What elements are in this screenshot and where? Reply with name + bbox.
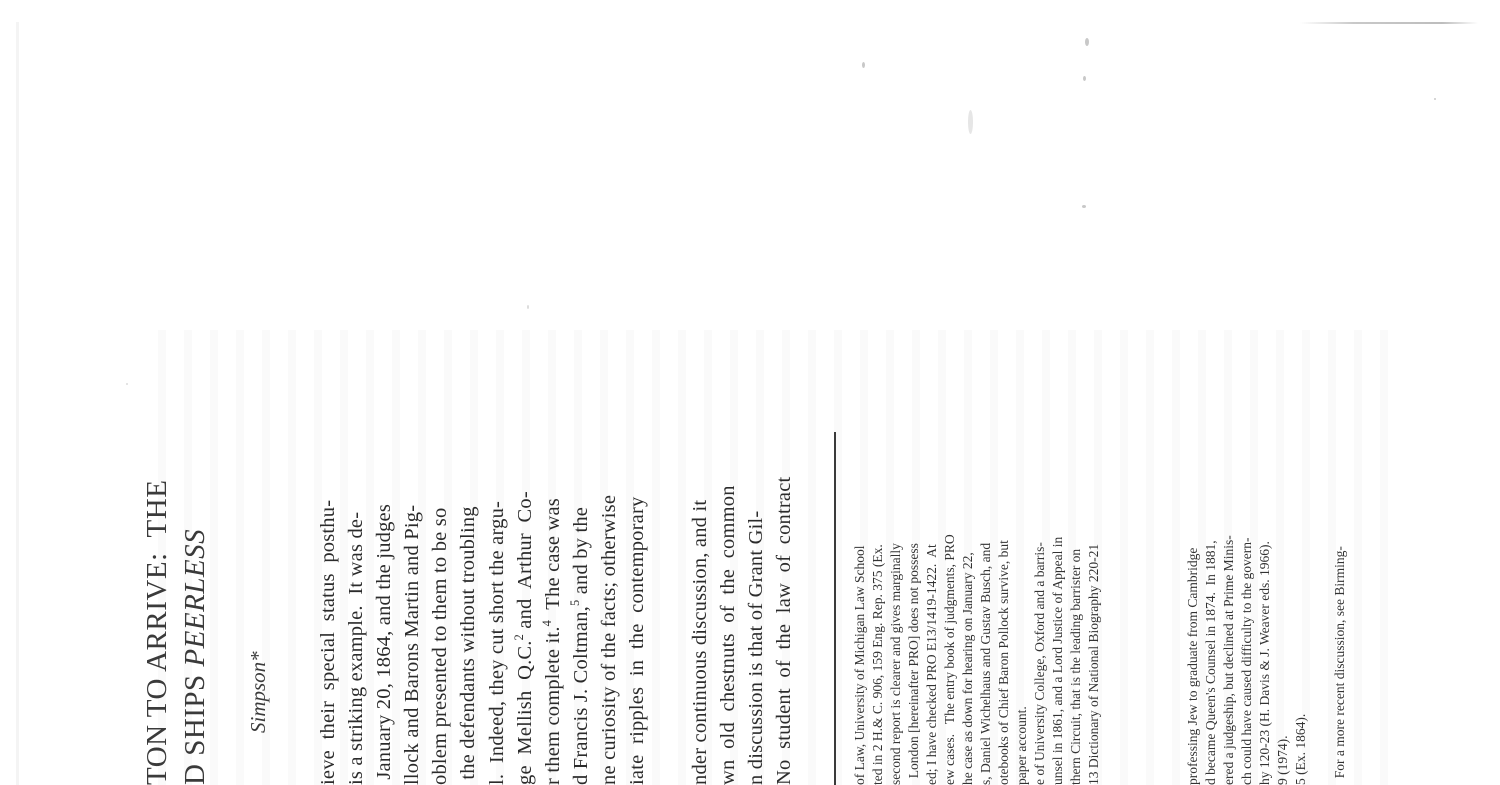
body-text: d Francis J. Coltman,: [570, 606, 592, 785]
scan-top-edge: [1300, 22, 1478, 24]
footnote-line: ew cases. The entry book of judgments, P…: [943, 534, 957, 785]
body-text: and by the: [570, 507, 592, 600]
footnote-line: otebooks of Chief Baron Pollock survive,…: [997, 540, 1011, 785]
footnote-line: London [hereinafter PRO] does not posses…: [907, 543, 921, 785]
body-line: is a striking example. It was de-: [346, 512, 367, 785]
footnote-line: hy 120-23 (H. Davis & J. Weaver eds. 196…: [1258, 541, 1272, 785]
scan-speck: [126, 383, 128, 385]
scan-speck: [862, 62, 865, 68]
footnote-line: second report is clearer and gives margi…: [889, 543, 903, 785]
scan-speck: [1083, 76, 1086, 81]
body-text: and Arthur Co-: [514, 491, 536, 634]
footnote-line: 9 (1974).: [1276, 736, 1290, 785]
article-title-line-2: D SHIPS PEERLESS: [181, 529, 210, 785]
body-line: oblem presented to them to be so: [430, 508, 451, 785]
body-text: r them complete it.: [542, 626, 564, 785]
footnote-ref-4[interactable]: 4: [540, 620, 554, 626]
footnote-line: 5 (Ex. 1864).: [1294, 714, 1308, 785]
scan-speck: [968, 110, 973, 134]
body-line: the defendants without troubling: [458, 506, 479, 785]
author-footnote-mark: *: [246, 651, 270, 662]
footnote-line: ered a judgeship, but declined at Prime …: [1222, 535, 1236, 785]
footnote-line: d became Queen's Counsel in 1874. In 188…: [1204, 540, 1218, 785]
scan-speck: [1434, 98, 1436, 100]
footnote-line: e of University College, Oxford and a ba…: [1033, 542, 1047, 785]
footnote-ref-2[interactable]: 2: [512, 634, 526, 640]
footnote-line: of Law, University of Michigan Law Schoo…: [853, 546, 867, 785]
body-text: ge Mellish Q.C.: [514, 640, 536, 785]
body-line: No student of the law of contract: [774, 477, 795, 785]
scan-speck: [527, 305, 529, 309]
author-name: Simpson*: [248, 651, 269, 733]
title-text: D SHIPS: [179, 667, 211, 785]
footnote-line: s, Daniel Wichelhaus and Gustav Busch, a…: [979, 543, 993, 785]
body-line: llock and Barons Martin and Pig-: [402, 505, 423, 785]
body-line: ne curiosity of the facts; otherwise: [599, 495, 620, 785]
body-line: January 20, 1864, and the judges: [374, 504, 395, 785]
footnote-line: ted in 2 H.& C. 906, 159 Eng. Rep. 375 (…: [871, 544, 885, 785]
footnote-line: he case as down for hearing on January 2…: [961, 552, 975, 785]
article-title-line-1: TON TO ARRIVE: THE: [143, 480, 172, 785]
body-line: wn old chestnuts of the common: [718, 485, 739, 785]
footnote-line: For a more recent discussion, see Birmin…: [1333, 546, 1347, 785]
footnote-line: paper account.: [1015, 706, 1029, 785]
scan-speck: [1082, 205, 1086, 208]
footnote-line: thern Circuit, that is the leading barri…: [1069, 549, 1083, 785]
author-text: Simpson: [246, 662, 270, 733]
scan-left-edge: [16, 22, 19, 785]
body-line: d Francis J. Coltman,5 and by the: [571, 507, 592, 785]
footnote-line: professing Jew to graduate from Cambridg…: [1186, 548, 1200, 785]
footnote-line: ch could have caused difficulty to the g…: [1240, 537, 1254, 785]
body-line: iate ripples in the contemporary: [627, 497, 648, 785]
footnote-line: ed; I have checked PRO E13/1419-1422. At: [925, 544, 939, 785]
body-text: The case was: [542, 498, 564, 620]
body-line: nder continuous discussion, and it: [690, 500, 711, 785]
body-line: l. Indeed, they cut short the argu-: [487, 501, 508, 785]
body-line: r them complete it.4 The case was: [543, 498, 564, 785]
body-line: n discussion is that of Grant Gil-: [746, 511, 767, 785]
footnote-divider: [834, 432, 836, 785]
body-line: ieve their special status posthu-: [318, 500, 339, 785]
footnote-ref-5[interactable]: 5: [568, 600, 582, 606]
title-ship-name: PEERLESS: [179, 529, 211, 667]
footnote-line: unsel in 1861, and a Lord Justice of App…: [1051, 537, 1065, 785]
footnote-line: 13 Dictionary of National Biography 220-…: [1087, 544, 1101, 785]
body-line: ge Mellish Q.C.2 and Arthur Co-: [515, 491, 536, 785]
scan-speck: [1085, 38, 1089, 46]
